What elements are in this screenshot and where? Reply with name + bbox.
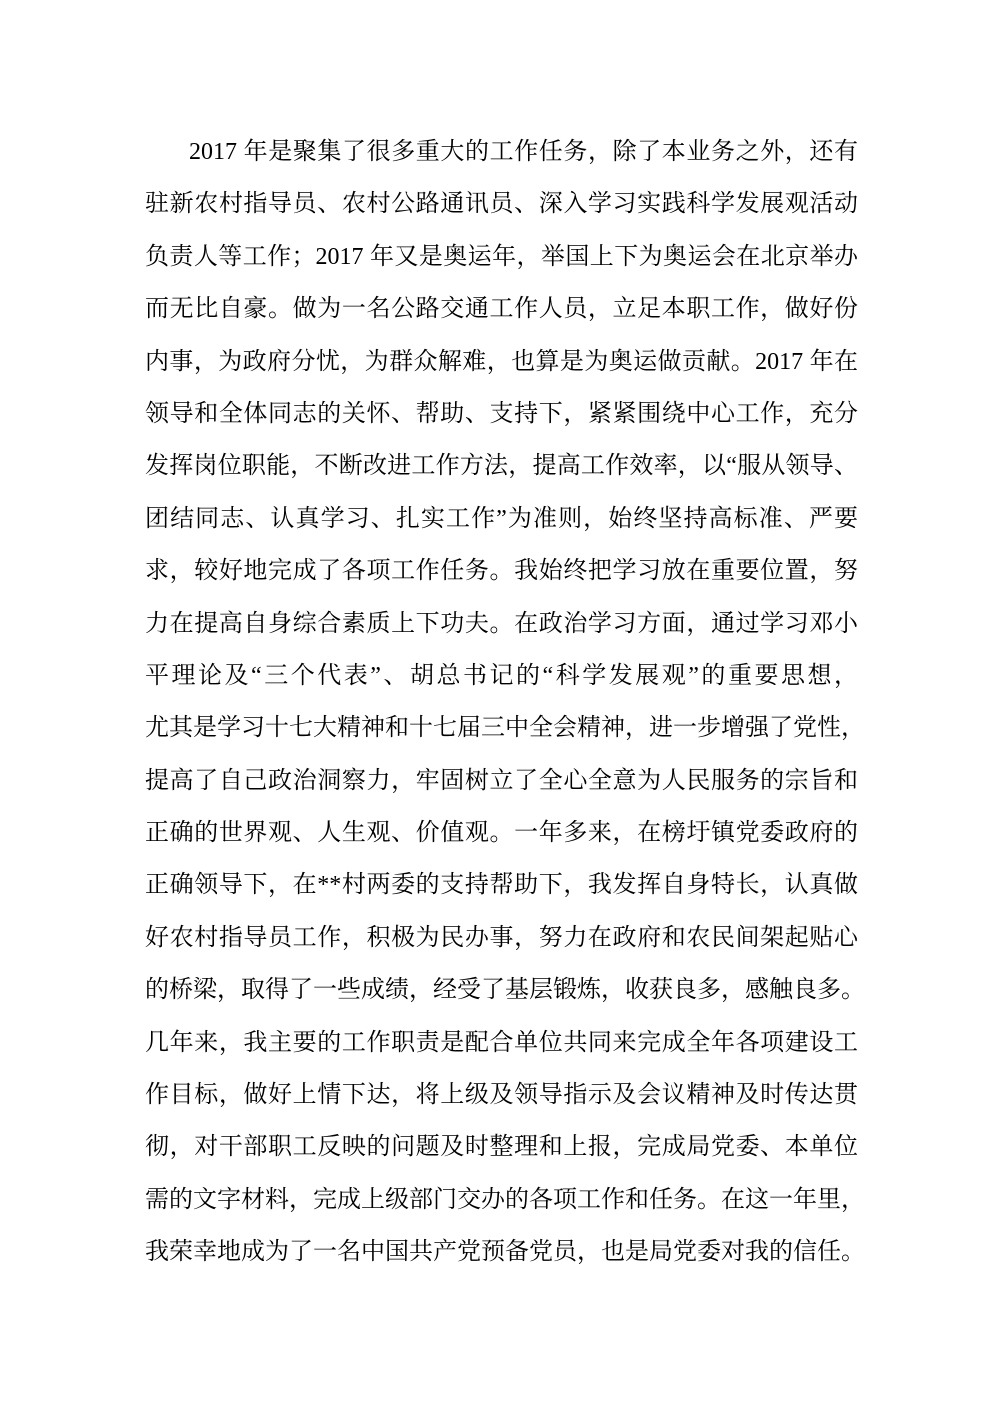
- text-line: 正确领导下，在**村两委的支持帮助下，我发挥自身特长，认真做: [145, 859, 858, 911]
- text-line: 我荣幸地成为了一名中国共产党预备党员，也是局党委对我的信任。: [145, 1226, 858, 1278]
- text-line: 2017 年是聚集了很多重大的工作任务，除了本业务之外，还有: [145, 126, 858, 178]
- paragraph: 2017 年是聚集了很多重大的工作任务，除了本业务之外，还有 驻新农村指导员、农…: [145, 126, 858, 1279]
- text-line: 彻，对干部职工反映的问题及时整理和上报，完成局党委、本单位: [145, 1121, 858, 1173]
- text-line: 的桥梁，取得了一些成绩，经受了基层锻炼，收获良多，感触良多。: [145, 964, 858, 1016]
- text-line: 平理论及“三个代表”、胡总书记的“科学发展观”的重要思想，: [145, 650, 858, 702]
- text-line: 求，较好地完成了各项工作任务。我始终把学习放在重要位置，努: [145, 545, 858, 597]
- text-line: 几年来，我主要的工作职责是配合单位共同来完成全年各项建设工: [145, 1017, 858, 1069]
- text-line: 尤其是学习十七大精神和十七届三中全会精神，进一步增强了党性，: [145, 702, 858, 754]
- document-page: 2017 年是聚集了很多重大的工作任务，除了本业务之外，还有 驻新农村指导员、农…: [0, 0, 1000, 1415]
- text-line: 团结同志、认真学习、扎实工作”为准则，始终坚持高标准、严要: [145, 493, 858, 545]
- text-line: 驻新农村指导员、农村公路通讯员、深入学习实践科学发展观活动: [145, 178, 858, 230]
- text-line: 负责人等工作；2017 年又是奥运年，举国上下为奥运会在北京举办: [145, 231, 858, 283]
- text-line: 好农村指导员工作，积极为民办事，努力在政府和农民间架起贴心: [145, 912, 858, 964]
- text-line: 提高了自己政治洞察力，牢固树立了全心全意为人民服务的宗旨和: [145, 755, 858, 807]
- text-line: 发挥岗位职能，不断改进工作方法，提高工作效率，以“服从领导、: [145, 440, 858, 492]
- text-line: 内事，为政府分忧，为群众解难，也算是为奥运做贡献。2017 年在: [145, 336, 858, 388]
- text-line: 作目标，做好上情下达，将上级及领导指示及会议精神及时传达贯: [145, 1069, 858, 1121]
- text-line: 力在提高自身综合素质上下功夫。在政治学习方面，通过学习邓小: [145, 598, 858, 650]
- text-line: 领导和全体同志的关怀、帮助、支持下，紧紧围绕中心工作，充分: [145, 388, 858, 440]
- text-line: 正确的世界观、人生观、价值观。一年多来，在榜圩镇党委政府的: [145, 807, 858, 859]
- text-line: 而无比自豪。做为一名公路交通工作人员，立足本职工作，做好份: [145, 283, 858, 335]
- text-line: 需的文字材料，完成上级部门交办的各项工作和任务。在这一年里，: [145, 1174, 858, 1226]
